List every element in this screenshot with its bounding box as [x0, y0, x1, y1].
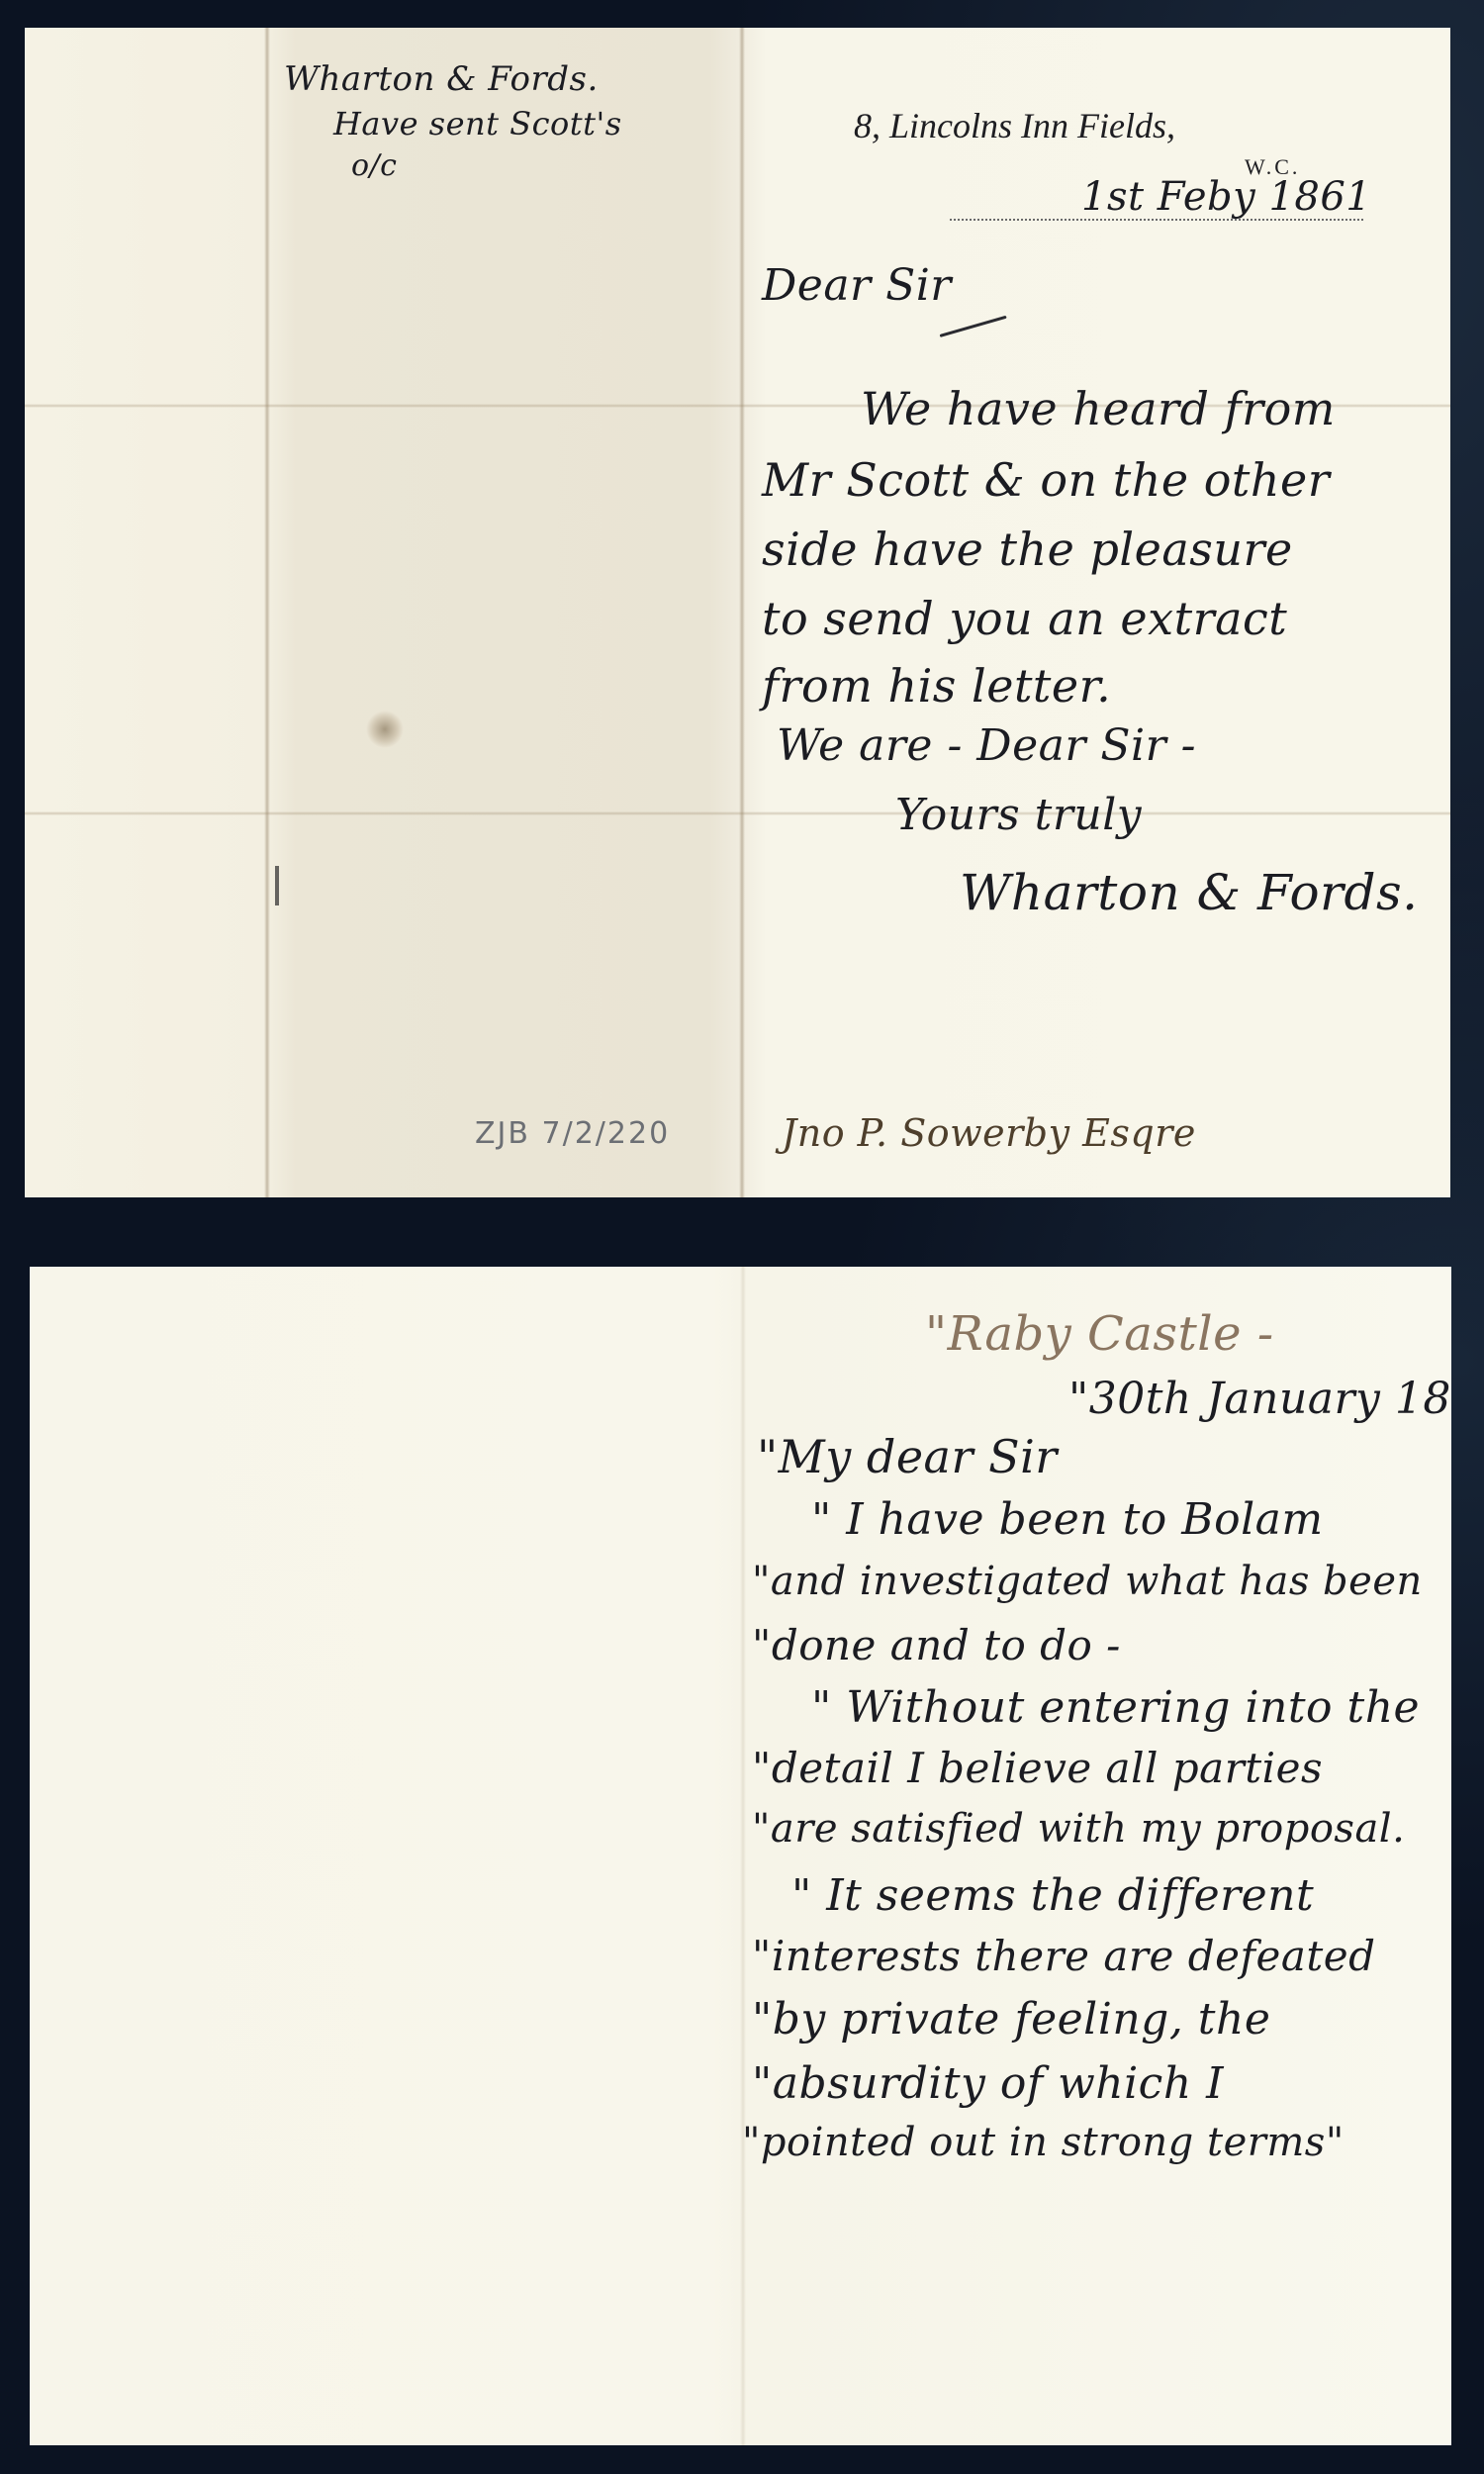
- vertical-fold-line-left: [264, 28, 270, 1197]
- extract-place: "Raby Castle -: [925, 1306, 1274, 1362]
- date-day: 1st: [1081, 174, 1145, 220]
- letterhead-address: 8, Lincolns Inn Fields,: [854, 105, 1175, 146]
- extract-body-line: " I have been to Bolam: [811, 1494, 1324, 1545]
- extract-body-line: "and investigated what has been: [752, 1559, 1423, 1604]
- date-month: Feby: [1158, 174, 1255, 220]
- body-line: We have heard from: [861, 382, 1336, 435]
- signature: Wharton & Fords.: [960, 864, 1419, 921]
- vertical-fold-line-center: [739, 28, 745, 1197]
- docket-line-2: Have sent Scott's: [333, 105, 622, 143]
- letter-date: 1st Feby 1861: [1081, 174, 1371, 220]
- extract-date: "30th January 1861.: [1068, 1374, 1451, 1424]
- docket-line-3: o/c: [351, 148, 397, 183]
- salutation-flourish: [940, 316, 1007, 337]
- body-line: to send you an extract: [762, 592, 1287, 645]
- body-line: side have the pleasure: [762, 523, 1293, 576]
- ink-mark: [275, 866, 279, 905]
- extract-salutation: "My dear Sir: [757, 1430, 1058, 1483]
- extract-body-line: " Without entering into the: [811, 1682, 1420, 1733]
- horizontal-fold-line-lower: [25, 811, 1450, 815]
- extract-body-line: "detail I believe all parties: [752, 1744, 1323, 1792]
- extract-body-line: "are satisfied with my proposal.: [752, 1806, 1405, 1852]
- extract-body-line: "done and to do -: [752, 1621, 1121, 1669]
- body-line: from his letter.: [762, 659, 1111, 713]
- paper-stain: [366, 711, 404, 748]
- vertical-fold-line-center: [740, 1267, 746, 2445]
- extract-body-line: "by private feeling, the: [752, 1994, 1270, 2045]
- letter-page-wharton-fords: Wharton & Fords. Have sent Scott's o/c 8…: [25, 28, 1450, 1197]
- body-line: Mr Scott & on the other: [762, 453, 1330, 507]
- extract-body-line: "absurdity of which I: [752, 2058, 1224, 2109]
- date-year: 1861: [1268, 174, 1371, 220]
- salutation: Dear Sir: [762, 260, 952, 311]
- docket-line-1: Wharton & Fords.: [284, 59, 599, 99]
- letter-page-raby-castle-extract: "Raby Castle - "30th January 1861. "My d…: [30, 1267, 1451, 2445]
- archive-reference: ZJB 7/2/220: [475, 1116, 670, 1151]
- extract-body-line: "interests there are defeated: [752, 1932, 1376, 1980]
- extract-body-line: "pointed out in strong terms": [742, 2120, 1345, 2165]
- addressee: Jno P. Sowerby Esqre: [782, 1111, 1196, 1155]
- closing-line: Yours truly: [895, 790, 1142, 840]
- extract-body-line: " It seems the different: [791, 1870, 1314, 1921]
- closing-line: We are - Dear Sir -: [777, 720, 1196, 771]
